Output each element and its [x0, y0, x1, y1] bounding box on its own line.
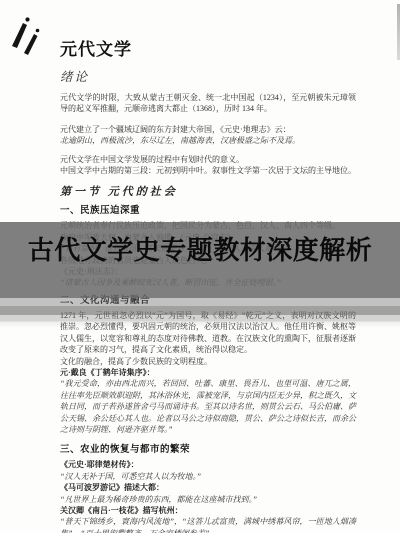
text-line: 关汉卿《南吕·一枝花》描写杭州：	[60, 505, 356, 516]
text-line: “汉人无补于国，可悉空其人以为牧地。”	[60, 471, 356, 482]
text-line: 三、农业的恢复与都市的繁荣	[60, 444, 356, 456]
text-line: 元代文学的时限，大致从蒙古王朝灭金、统一北中国起（1234），至元朝被朱元璋领导…	[60, 92, 356, 115]
section-empire: 元代建立了一个疆域辽阔的东方封建大帝国，《元史·地理志》云：北逾阴山，西极流沙，…	[60, 124, 356, 147]
text-line: “凡世界上最为稀奇珍贵的东西，都能在这座城市找到。”	[60, 494, 356, 505]
text-line: 中国文学中古期的第三段：元初到明中叶。叙事性文学第一次居于文坛的主导地位。	[60, 165, 356, 176]
text-line: 元·戴良《丁鹤年诗集序》：	[60, 367, 356, 378]
text-line: 《元史·耶律楚材传》：	[60, 459, 356, 470]
section-section-1-heading: 第一节 元代的社会	[60, 185, 356, 199]
text-line: 第一节 元代的社会	[60, 185, 356, 199]
text-line: 元代文学在中国文学发展的过程中有划时代的意义。	[60, 154, 356, 165]
section-intro: 元代文学的时限，大致从蒙古王朝灭金、统一北中国起（1234），至元朝被朱元璋领导…	[60, 92, 356, 115]
section-agriculture-cities: 三、农业的恢复与都市的繁荣《元史·耶律楚材传》：“汉人无补于国，可悉空其人以为牧…	[60, 444, 356, 533]
textbook-page-photo: 元代文学 绪论 元代文学的时限，大致从蒙古王朝灭金、统一北中国起（1234），至…	[0, 0, 400, 533]
text-line: 《马可波罗游记》描述大都：	[60, 482, 356, 493]
watermark-title: 古代文学史专题教材深度解析	[0, 222, 400, 298]
text-line: 文化的融合，提高了少数民族的文明程度。	[60, 356, 356, 367]
section-significance: 元代文学在中国文学发展的过程中有划时代的意义。中国文学中古期的第三段：元初到明中…	[60, 154, 356, 177]
page-subtitle: 绪论	[60, 70, 356, 84]
text-line: 一、民族压迫深重	[60, 205, 356, 217]
text-line: “我元受命，亦由西北而兴，若回回、吐蕃、康里、畏吾儿、也里可温、唐兀之属，往往率…	[60, 378, 356, 435]
watermark-band-fade	[0, 298, 400, 328]
text-line: 元代建立了一个疆域辽阔的东方封建大帝国，《元史·地理志》云：	[60, 124, 356, 135]
page-title: 元代文学	[60, 40, 356, 60]
text-line: “普天下锦绣乡，寰海内风流地”，“这答儿忒富贵，满城中绣幕风帘，一匝地人烟凑集”…	[60, 516, 356, 533]
text-line: 北逾阴山，西极流沙，东尽辽左，南越海表，汉唐极盛之际不及焉。	[60, 135, 356, 146]
